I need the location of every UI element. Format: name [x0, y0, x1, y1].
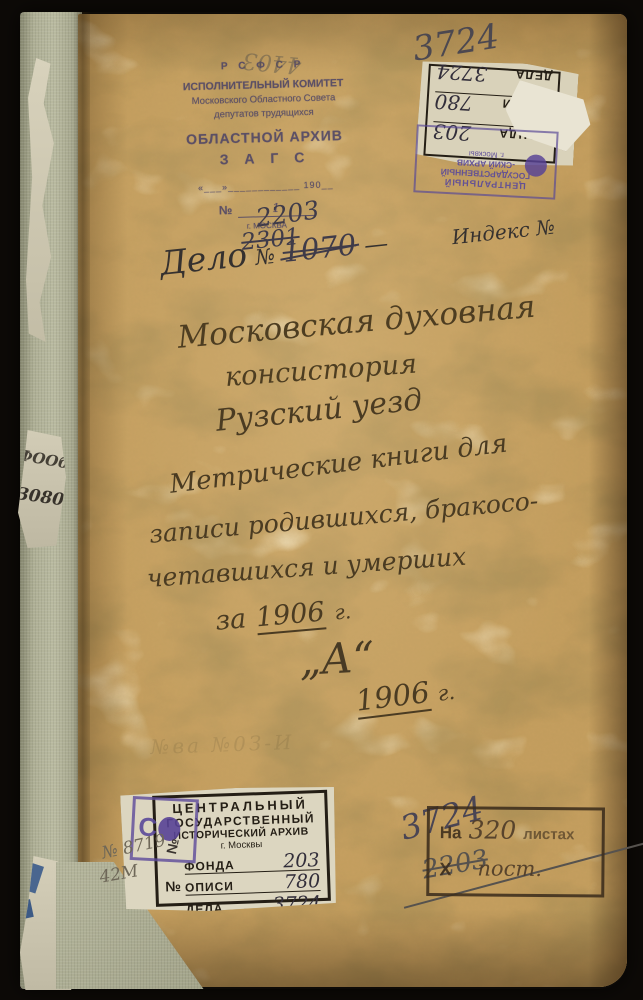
archival-book-cover-photo: ФООб З080 Р С Ф С Р ИСПОЛНИТЕЛЬНЫЙ КОМИТ… — [0, 0, 643, 1000]
post-handwritten: пост. — [477, 856, 542, 881]
faint-rotated-number: 4403 — [242, 47, 303, 78]
delo-row-value: 3724 — [436, 62, 488, 83]
g-abbrev: г. — [334, 599, 352, 624]
sheets-word: листах — [523, 826, 574, 843]
faint-embossed-mark: №ва №0З-И — [150, 730, 295, 759]
opis-row-value: 780 — [434, 92, 473, 112]
year-1906: 1906 — [255, 596, 326, 635]
sheets-count: 320 — [468, 815, 516, 844]
archive-opis-value: 780 — [284, 873, 321, 891]
spine-inscription-2: З080 — [15, 484, 65, 510]
za-word: за — [214, 603, 247, 637]
na-word: На — [440, 823, 462, 843]
case-no-sign: № — [254, 244, 276, 270]
letter-mark: „А“ — [298, 632, 376, 685]
case-dash: — — [363, 229, 390, 259]
archive-number-sign: № — [165, 877, 181, 894]
spine-hinge-shadow — [74, 12, 90, 989]
sheets-count-stamp: На 320 листах Х пост. — [426, 806, 605, 898]
purple-archive-stamp: ЦЕНТРАЛЬНЫЙ ГОСУДАРСТВЕННЫЙ -СКИЙ АРХИВ … — [413, 124, 558, 199]
archive-fond-value: 203 — [283, 852, 320, 870]
stamp-line-date: «___»____________ 190__ — [158, 177, 373, 195]
g-abbrev-bottom: г. — [436, 680, 456, 706]
stamp-number-sign: № — [219, 202, 233, 219]
x-mark: Х — [439, 859, 451, 880]
case-number-crossed: 1070 — [281, 227, 358, 269]
stamp-line-zags: З А Г С — [157, 147, 372, 172]
archive-opis-label: ОПИСИ — [185, 879, 234, 895]
vertical-number-sign: № — [163, 837, 182, 856]
